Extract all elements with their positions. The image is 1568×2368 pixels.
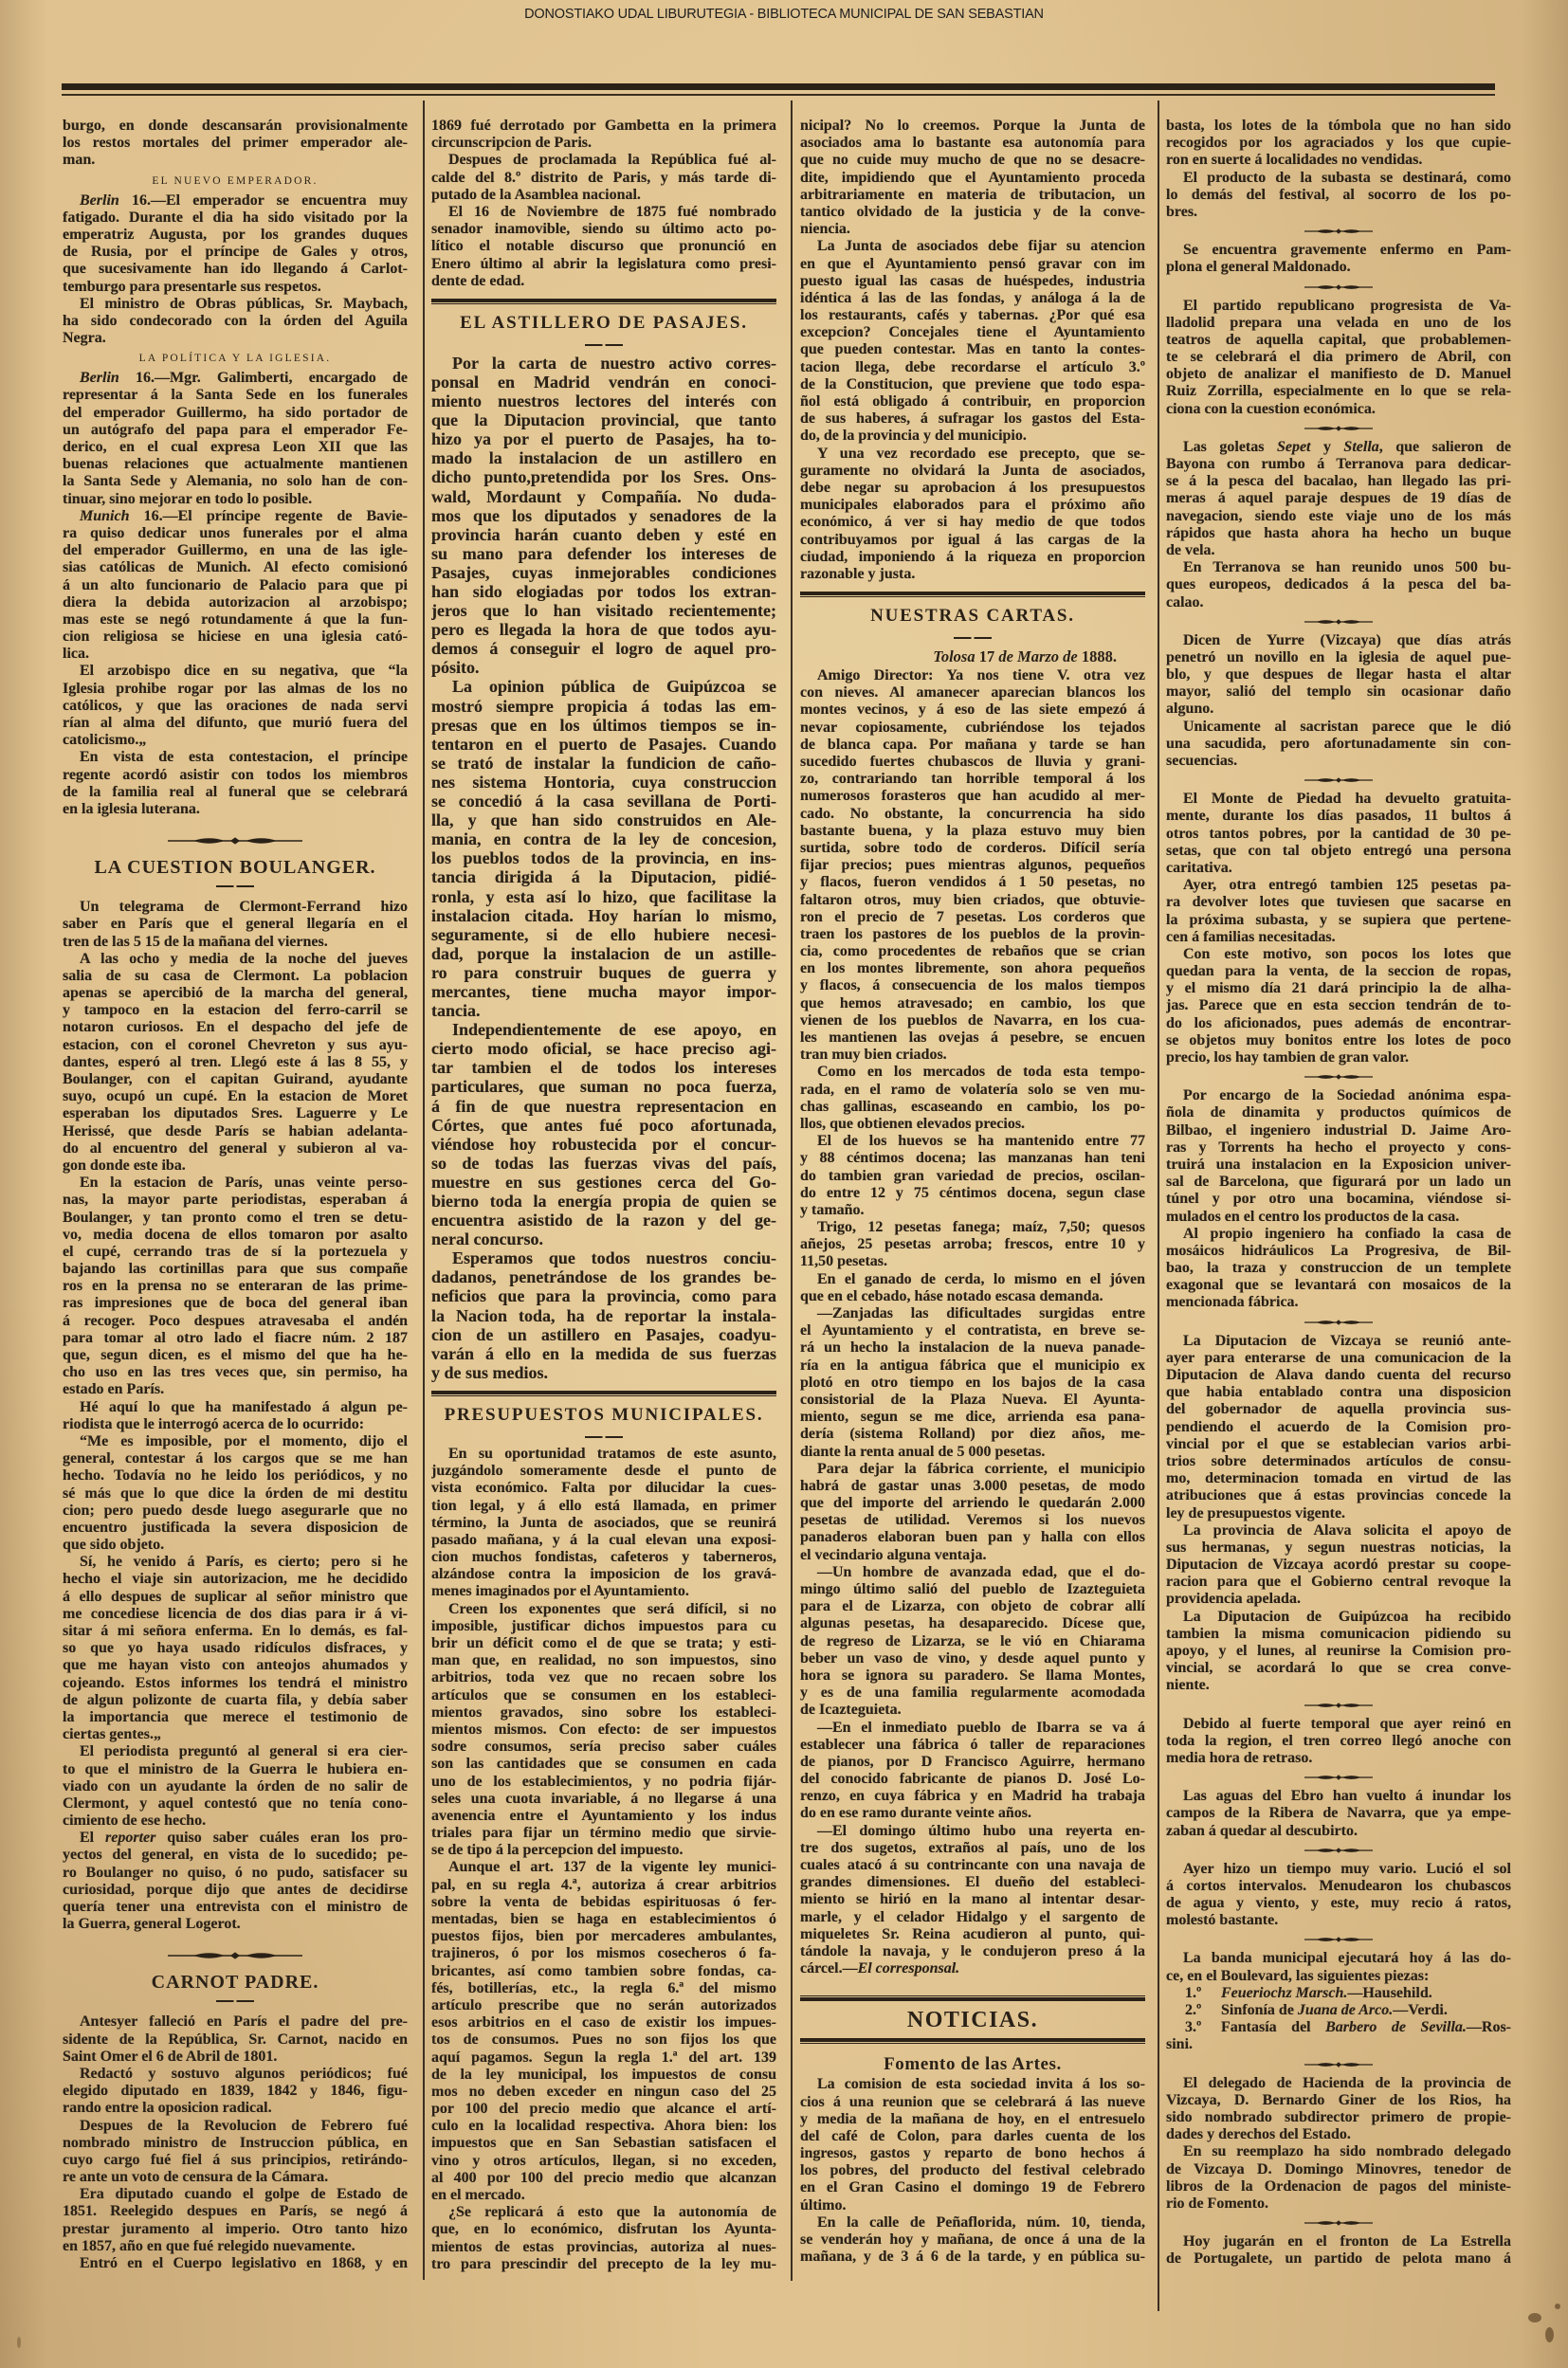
text-line: Córtes, que antes fué poco afortunada, [431, 1116, 776, 1135]
text-line: Ayer hizo un tiempo muy vario. Lució el … [1166, 1861, 1511, 1878]
newspaper-page: DONOSTIAKO UDAL LIBURUTEGIA - BIBLIOTECA… [0, 0, 1568, 2368]
text-line: miento se hirió en la mano al intentar d… [800, 1891, 1145, 1908]
subheading: Fomento de las Artes. [800, 2053, 1145, 2076]
text-line: neral concurso. [431, 1230, 776, 1248]
noticias-heading: NOTICIAS. [800, 2007, 1145, 2033]
text-line: man que, en realidad, no son impuestos, … [431, 1652, 776, 1669]
text-line: tinuar, sino mejorar en todo lo posible. [63, 491, 408, 508]
text-line: calao. [1166, 594, 1511, 611]
text-line: Debido al fuerte temporal que ayer reinó… [1166, 1716, 1511, 1733]
text-line: Amigo Director: Ya nos tiene V. otra vez [800, 667, 1145, 684]
text-line: arbitrariamente en materia de tributacio… [800, 187, 1145, 204]
text-line: dite, impidiendo que el Ayuntamiento pro… [800, 170, 1145, 187]
text-line: miento nuestros lectores del interés con [431, 392, 776, 410]
text-line: de blanca capa. Por mañana y tarde se ha… [800, 737, 1145, 754]
text-line: caritativa. [1166, 860, 1511, 877]
text-line: do, de la provincia y del municipio. [800, 428, 1145, 445]
text-line: do al encuentro del general y subieron a… [63, 1140, 408, 1157]
article-paragraph: Berlin 16.—El emperador se encuentra muy… [63, 192, 408, 296]
text-line: se concedió á la casa sevillana de Porti… [431, 792, 776, 811]
text-line: Iglesia prohibe rogar por las almas de l… [63, 681, 408, 698]
text-line: tion legal, y á ello está llamada, en pr… [431, 1498, 776, 1515]
text-line: Bayona con rumbo á Terranova para dedica… [1166, 456, 1511, 473]
article-paragraph: Debido al fuerte temporal que ayer reinó… [1166, 1716, 1511, 1768]
text-line: trios sobre determinados artículos de co… [1166, 1453, 1511, 1470]
text-line: fés, botillerías, etc., la regla 6.ª del… [431, 1980, 776, 1997]
text-line: pósito. [431, 658, 776, 677]
text-line: mosáicos hidráulicos La Progresiva, de B… [1166, 1243, 1511, 1260]
text-line: otros tantos pobres, por la cantidad de … [1166, 826, 1511, 843]
text-line: cios á una reunion que se celebrará á la… [800, 2094, 1145, 2111]
text-line: El periodista preguntó al general si era… [63, 1743, 408, 1760]
text-line: de Vizcaya D. Domingo Minovres, tenedor … [1166, 2161, 1511, 2178]
text-line: que habia entablado contra una disposici… [1166, 1384, 1511, 1401]
text-line: putado de la Asamblea nacional. [431, 187, 776, 204]
text-line: Diputacion de Alava dando cuenta del rec… [1166, 1367, 1511, 1384]
article-paragraph: El Monte de Piedad ha devuelto gratuita-… [1166, 791, 1511, 877]
text-line: que del importe del arriendo le quedarán… [800, 1495, 1145, 1512]
text-line: so de todas las fuerzas vivas del país, [431, 1154, 776, 1173]
text-line: ce, en el Boulevard, las siguientes piez… [1166, 1968, 1511, 1985]
text-line: Ruiz Zorrilla, especialmente en lo que s… [1166, 383, 1511, 400]
article-paragraph: El reporter quiso saber cuáles eran los … [63, 1830, 408, 1933]
text-line: mente, durante los días pasados, 11 bult… [1166, 808, 1511, 825]
text-line: cado. No obstante, la concurrencia ha si… [800, 806, 1145, 823]
text-line: zo, contrariando tan horrible temporal á… [800, 771, 1145, 788]
text-line: “Me es imposible, por el momento, dijo e… [63, 1433, 408, 1450]
article-paragraph: basta, los lotes de la tómbola que no ha… [1166, 118, 1511, 170]
article-paragraph: Dicen de Yurre (Vizcaya) que días atrásp… [1166, 632, 1511, 719]
text-line: sini. [1166, 2036, 1511, 2053]
article-paragraph: ¿Se replicará á esto que la autonomía de… [431, 2204, 776, 2273]
article-paragraph: Era diputado cuando el golpe de Estado d… [63, 2186, 408, 2255]
ornament-icon [1304, 1701, 1373, 1710]
text-line: ras y Torrents ha hecho el proyecto y co… [1166, 1139, 1511, 1157]
text-line: te se celebrará el dia primero de Abril,… [1166, 349, 1511, 366]
text-line: atribuciones que á estas provincias conc… [1166, 1487, 1511, 1504]
article-paragraph: Munich 16.—El príncipe regente de Bavie-… [63, 508, 408, 664]
text-line: sus hermanas, y segun nuestras noticias,… [1166, 1539, 1511, 1557]
text-line: asociados ama lo bastante esa autonomía … [800, 135, 1145, 152]
text-line: avenencia entre el Ayuntamiento y los in… [431, 1808, 776, 1825]
text-line: dades y derechos del Estado. [1166, 2126, 1511, 2143]
text-line: ronla, y esta así lo hizo, que facilitas… [431, 887, 776, 906]
text-line: Las aguas del Ebro han vuelto á inundar … [1166, 1788, 1511, 1805]
text-line: un autógrafo del papa para el emperador … [63, 422, 408, 439]
section-rule [431, 1391, 776, 1396]
text-line: término, la Junta de asociados, que se r… [431, 1515, 776, 1532]
text-line: quería tener una entrevista con el minis… [63, 1899, 408, 1916]
article-paragraph: Con este motivo, son pocos los lotes que… [1166, 946, 1511, 1066]
text-line: vino y otros artículos, llegan, si no ex… [431, 2153, 776, 2170]
column-3: nicipal? No lo creemos. Porque la Junta … [800, 118, 1145, 2266]
text-line: mingo último salió del pueblo de Izazteg… [800, 1581, 1145, 1598]
text-line: á recoger. Poco despues atravesaba el an… [63, 1313, 408, 1330]
text-line: quedan para la venta, de la seccion de r… [1166, 963, 1511, 980]
article-paragraph: Hé aquí lo que ha manifestado á algun pe… [63, 1399, 408, 1433]
text-line: económico, á ver si hay medio de que tod… [800, 514, 1145, 531]
section-header-block: CARNOT PADRE. [63, 1933, 408, 2013]
text-line: de vela. [1166, 542, 1511, 559]
text-line: de regreso de Lizarza, se le vió en Chia… [800, 1633, 1145, 1650]
text-line: me concediese licencia de dos dias para … [63, 1606, 408, 1623]
text-line: jas. Parece que en esta seccion tendrán … [1166, 997, 1511, 1014]
text-line: panaderos elaboran buen pan y halla con … [800, 1529, 1145, 1546]
text-line: cierto modo oficial, se hace preciso agi… [431, 1039, 776, 1058]
text-line: temburgo para presentarle sus respetos. [63, 279, 408, 296]
noticias-header-block: NOTICIAS. [800, 1977, 1145, 2053]
column-rule [1158, 100, 1159, 2311]
text-line: Boulanger, con el capitan Guirand, ayuda… [63, 1071, 408, 1088]
text-line: último. [800, 2197, 1145, 2214]
text-line: cojeando. Estos informes los tendrá el m… [63, 1675, 408, 1692]
text-line: Al propio ingeniero ha confiado la casa … [1166, 1226, 1511, 1243]
text-line: nombrado ministro de Instruccion pública… [63, 2135, 408, 2152]
article-paragraph: El arzobispo dice en su negativa, que “l… [63, 663, 408, 749]
ornament-divider [1166, 770, 1511, 791]
text-line: mos no deben exceder en ningun caso del … [431, 2084, 776, 2101]
text-line: triales para fijar un término medio que … [431, 1825, 776, 1842]
text-line: presas que en los últimos tiempos se in- [431, 716, 776, 735]
text-line: pasado mañana, y á la cual elevan una ex… [431, 1532, 776, 1549]
program-item: 2.ºSinfonía de Juana de Arco.—Verdi. [1166, 2002, 1511, 2019]
text-line: de la familia real al funeral que se cel… [63, 784, 408, 801]
text-line: cion religiosa se hiciese en una iglesia… [63, 628, 408, 646]
ornament-icon [1304, 2060, 1373, 2069]
text-line: Munich 16.—El príncipe regente de Bavie- [63, 508, 408, 525]
item-number: 2.º [1185, 2002, 1221, 2019]
text-line: se objetos muy bonitos entre los lotes d… [1166, 1032, 1511, 1049]
text-line: se trató de instalar la fundicion de cañ… [431, 754, 776, 773]
text-line: se de tipo á la percepcion del impuesto. [431, 1842, 776, 1859]
text-line: mostró siempre propicia á todas las em- [431, 697, 776, 716]
text-line: Las goletas Sepet y Stella, que salieron… [1166, 439, 1511, 456]
text-line: guramente no olvidará la Junta de asocia… [800, 463, 1145, 480]
text-line: numerosos forasteros que han acudido al … [800, 788, 1145, 805]
text-line: ingresos, gastos y reparto de bono hecho… [800, 2145, 1145, 2162]
article-paragraph: burgo, en donde descansarán provisionalm… [63, 118, 408, 170]
text-line: curiosidad, porque dijo que antes de dec… [63, 1882, 408, 1899]
text-line: vienen de los pueblos de Navarra, en los… [800, 1012, 1145, 1029]
article-paragraph: Despues de proclamada la República fué a… [431, 152, 776, 204]
text-line: imposible, justificar dichos impuestos p… [431, 1618, 776, 1635]
text-line: en el mercado. [431, 2187, 776, 2204]
text-line: tacion llega, debe recordarse el artícul… [800, 359, 1145, 376]
ornament-icon [1304, 2218, 1373, 2228]
article-paragraph: Berlin 16.—Mgr. Galimberti, encargado de… [63, 370, 408, 508]
paper-stain [1545, 2327, 1554, 2342]
text-line: alzándose contra la imposicion de los gr… [431, 1566, 776, 1583]
text-line: sucedido fuertes chubascos de lluvia y g… [800, 754, 1145, 771]
program-item: 3.ºFantasía del Barbero de Sevilla.—Ros- [1166, 2019, 1511, 2036]
ornament-divider [1166, 1695, 1511, 1716]
text-line: re ante un voto de censura de la Cámara. [63, 2169, 408, 2186]
text-line: Se encuentra gravemente enfermo en Pam- [1166, 242, 1511, 259]
text-line: penetró un novillo en la iglesia de aque… [1166, 649, 1511, 666]
text-line: cuales atacó á su contrincante con una n… [800, 1857, 1145, 1874]
text-line: mayor, salió del templo sin ocasionar da… [1166, 683, 1511, 701]
heading-rule [954, 637, 992, 639]
text-line: toda la region, el tren correo llegó ano… [1166, 1733, 1511, 1750]
text-line: do en ese ramo durante veinte años. [800, 1805, 1145, 1822]
text-line: sitar á mi señora enferma. En lo demás, … [63, 1623, 408, 1640]
text-line: artículos que se consumen en los estable… [431, 1687, 776, 1704]
text-line: El de los huevos se ha mantenido entre 7… [800, 1133, 1145, 1150]
text-line: culo en la localidad respectiva. Ahora b… [431, 2118, 776, 2135]
text-line: artículo prescribe que no serán autoriza… [431, 1997, 776, 2014]
column-rule [791, 100, 793, 2281]
text-line: A las ocho y media de la noche del jueve… [63, 951, 408, 968]
article-paragraph: Hoy jugarán en el fronton de La Estrella… [1166, 2233, 1511, 2268]
text-line: mercantes, tiene mucha mayor impor- [431, 982, 776, 1001]
text-line: impuestos que en San Sebastian satisface… [431, 2135, 776, 2152]
article-paragraph: En la estacion de París, unas veinte per… [63, 1175, 408, 1398]
text-line: El reporter quiso saber cuáles eran los … [63, 1830, 408, 1847]
ornament-icon [1304, 1072, 1373, 1082]
text-line: ros en la prensa no se enteraran de las … [63, 1278, 408, 1295]
text-line: lladolid prepara una velada en uno de lo… [1166, 315, 1511, 332]
column-4: basta, los lotes de la tómbola que no ha… [1166, 118, 1511, 2268]
text-line: á fin de que nuestra representacion en [431, 1097, 776, 1116]
text-line: que sido objeto. [63, 1537, 408, 1554]
item-number: 3.º [1185, 2019, 1221, 2036]
text-line: instalacion citada. Hoy harían lo mismo, [431, 906, 776, 925]
text-line: —El domingo último hubo una reyerta en- [800, 1823, 1145, 1840]
text-line: racion para que el Gobierno central revo… [1166, 1574, 1511, 1591]
text-line: Berlin 16.—Mgr. Galimberti, encargado de [63, 370, 408, 387]
text-line: secuencias. [1166, 753, 1511, 770]
section-heading: CARNOT PADRE. [63, 1970, 408, 1995]
text-line: aquí pagamos. Segun la regla 1.ª del art… [431, 2049, 776, 2067]
text-line: en 1857, año en que fué relegido nuevame… [63, 2238, 408, 2255]
text-line: vista económico. Falta por dilucidar la … [431, 1480, 776, 1497]
text-line: objeto de analizar el manifiesto de D. M… [1166, 366, 1511, 383]
text-line: 1851. Reelegido despues en París, se neg… [63, 2203, 408, 2220]
text-line: Pasajes, cuyas inmejorables condiciones [431, 563, 776, 582]
text-line: miqueletes Sr. Reina acudieron al punto,… [800, 1926, 1145, 1943]
text-line: ra devolver lotes que tuviesen que sacar… [1166, 894, 1511, 911]
text-line: llos, que obtienen elevados precios. [800, 1116, 1145, 1133]
article-paragraph: La Diputacion de Guipúzcoa ha recibidota… [1166, 1609, 1511, 1695]
text-line: sodre consumos, sería preciso saber cuál… [431, 1739, 776, 1756]
text-line: La banda municipal ejecutará hoy á las d… [1166, 1950, 1511, 1967]
text-line: mencionada fábrica. [1166, 1294, 1511, 1311]
text-line: y tamaño. [800, 1202, 1145, 1219]
ornament-icon [1304, 1935, 1373, 1944]
text-line: que sucesivamente han ido llegando á Car… [63, 261, 408, 278]
ornament-divider [1166, 418, 1511, 439]
text-line: tre dos sugetos, extraños al país, uno d… [800, 1840, 1145, 1857]
ornament-icon [1304, 227, 1373, 236]
dateline: Tolosa 17 de Marzo de 1888. [800, 647, 1145, 667]
text-line: —En el inmediato pueblo de Ibarra se va … [800, 1720, 1145, 1737]
section-rule [800, 2038, 1145, 2044]
ornament-icon [168, 835, 302, 847]
text-line: que la Diputacion provincial, que tanto [431, 410, 776, 429]
text-line: mas este se negó rotundamente á que la f… [63, 611, 408, 628]
article-paragraph: Amigo Director: Ya nos tiene V. otra vez… [800, 667, 1145, 1064]
text-line: basta, los lotes de la tómbola que no ha… [1166, 118, 1511, 135]
text-line: han sido elogiadas por todos los extran- [431, 582, 776, 601]
item-number: 1.º [1185, 1985, 1221, 2002]
ornament-icon [1304, 282, 1373, 292]
article-paragraph: Por encargo de la Sociedad anónima espa-… [1166, 1087, 1511, 1226]
text-line: burgo, en donde descansarán provisionalm… [63, 118, 408, 135]
text-line: de sus haberes, á sufragar los gastos de… [800, 410, 1145, 428]
text-line: rio de Fomento. [1166, 2195, 1511, 2213]
text-line: ciertas gentes.„ [63, 1726, 408, 1743]
text-line: En su reemplazo ha sido nombrado delegad… [1166, 2143, 1511, 2160]
text-line: tos de consumos. Pues no son fijos los q… [431, 2031, 776, 2049]
text-line: cho uso en las tres veces que, sin permi… [63, 1364, 408, 1381]
text-line: pendiendo el acuerdo de la Comision pro- [1166, 1419, 1511, 1436]
heading-rule [585, 1436, 623, 1438]
text-line: mientos de estas provincias, autoriza al… [431, 2239, 776, 2256]
text-line: Hoy jugarán en el fronton de La Estrella [1166, 2233, 1511, 2250]
section-heading: NUESTRAS CARTAS. [800, 604, 1145, 628]
text-line: regente acordó asistir con todos los mie… [63, 767, 408, 784]
heading-rule [216, 885, 254, 887]
article-paragraph: Un telegrama de Clermont-Ferrand hizosab… [63, 899, 408, 951]
text-line: de Icazteguieta. [800, 1702, 1145, 1719]
text-line: renzo, en cuya fábrica y en Madrid ha tr… [800, 1788, 1145, 1805]
paper-stain [17, 2337, 21, 2348]
text-line: el vecindario alguna ventaja. [800, 1547, 1145, 1564]
section-header-block: NUESTRAS CARTAS. [800, 583, 1145, 647]
text-line: estacion, con el coronel Chevreton y sus… [63, 1037, 408, 1054]
text-line: En vista de esta contestacion, el prínci… [63, 749, 408, 766]
text-line: mientos mismos. Con efecto: de ser impue… [431, 1721, 776, 1739]
text-line: puesto igual las casas de huéspedes, ind… [800, 273, 1145, 290]
text-line: algunas pesetas, ha desaparecido. Dícese… [800, 1615, 1145, 1632]
text-line: Aunque el art. 137 de la vigente ley mun… [431, 1859, 776, 1876]
text-line: lo demás del festival, al socorro de los… [1166, 187, 1511, 204]
text-line: nas, la mayor parte periodistas, esperab… [63, 1192, 408, 1209]
text-line: catolicismo.„ [63, 732, 408, 749]
article-paragraph: En su oportunidad tratamos de este asunt… [431, 1446, 776, 1601]
column-rule [423, 100, 425, 2280]
ornament-divider [1166, 277, 1511, 298]
text-line: chas gallinas, escaseando en cambio, los… [800, 1099, 1145, 1116]
text-line: la Guerra, general Logerot. [63, 1916, 408, 1933]
text-line: buenas relaciones que actualmente mantie… [63, 456, 408, 473]
text-line: 1869 fué derrotado por Gambetta en la pr… [431, 118, 776, 135]
text-line: navegacion, siendo este viaje uno de los… [1166, 508, 1511, 525]
subheading: LA POLÍTICA Y LA IGLESIA. [63, 347, 408, 370]
text-line: ques europeos, dedicados á la pesca del … [1166, 576, 1511, 593]
text-line: Clermont, y aquel contestó que no tenía … [63, 1795, 408, 1812]
text-line: La provincia de Alava solicita el apoyo … [1166, 1522, 1511, 1539]
text-line: do entre 12 y 75 céntimos docena, segun … [800, 1185, 1145, 1202]
text-line: cion muchos fondistas, cafeteros y taber… [431, 1549, 776, 1566]
text-line: yectos del general, en vista de lo suced… [63, 1847, 408, 1864]
text-line: dadanos, penetrándose de los grandes be- [431, 1267, 776, 1286]
text-line: ro Boulanger no quiso, ó no pudo, satisf… [63, 1865, 408, 1882]
text-line: —Zanjadas las dificultades surgidas entr… [800, 1305, 1145, 1322]
article-paragraph: La provincia de Alava solicita el apoyo … [1166, 1522, 1511, 1609]
subheading: EL NUEVO EMPERADOR. [63, 170, 408, 192]
text-line: La Diputacion de Vizcaya se reunió ante- [1166, 1333, 1511, 1350]
article-paragraph: —El domingo último hubo una reyerta en-t… [800, 1823, 1145, 1978]
text-line: teatros de aquella capital, que probable… [1166, 332, 1511, 349]
text-line: En la calle de Peñaflorida, núm. 10, tie… [800, 2214, 1145, 2231]
text-line: Hé aquí lo que ha manifestado á algun pe… [63, 1399, 408, 1416]
text-line: Esperamos que todos nuestros conciu- [431, 1248, 776, 1267]
text-line: mania, en contra de la ley de concesion, [431, 829, 776, 848]
ornament-icon [1304, 617, 1373, 627]
text-line: man. [63, 152, 408, 169]
text-line: mos que los diputados y senadores de la [431, 506, 776, 525]
text-line: representar á la Santa Sede en los funer… [63, 387, 408, 404]
text-line: Creen los exponentes que será difícil, s… [431, 1601, 776, 1618]
text-line: fatigado. Durante el dia ha sido visitad… [63, 209, 408, 227]
text-line: y 88 céntimos docena; las manzanas han t… [800, 1150, 1145, 1167]
ornament-icon [1304, 1846, 1373, 1855]
text-line: Unicamente al sacristan parece que le di… [1166, 719, 1511, 736]
text-line: apenas se apercibió de la marcha del gen… [63, 985, 408, 1002]
text-line: de algun polizonte de cuarta fila, y deb… [63, 1692, 408, 1709]
heading-rule [585, 344, 623, 346]
text-line: nevar copiosamente, cubriéndose los teja… [800, 720, 1145, 737]
text-line: so que yo haya usado ridículos disfraces… [63, 1640, 408, 1657]
text-line: vincial, se acordará lo que se crea conv… [1166, 1660, 1511, 1677]
text-line: el Ayuntamiento y el contratista, en bre… [800, 1322, 1145, 1339]
text-line: ñola de dinamita y productos químicos de [1166, 1104, 1511, 1121]
text-line: bao, la traza y construccion de un templ… [1166, 1260, 1511, 1277]
ornament-icon [1304, 1773, 1373, 1782]
ornament-divider [1166, 1840, 1511, 1861]
text-line: hecho. Todavía no he leido los periódico… [63, 1467, 408, 1485]
text-line: de Portugalete, un partido de pelota man… [1166, 2250, 1511, 2268]
text-line: suyo, ocupó un cupé. En la estacion de M… [63, 1088, 408, 1105]
text-line: senador inamovible, siendo su último act… [431, 221, 776, 238]
text-line: católicos, y que las oraciones de nada s… [63, 698, 408, 715]
article-paragraph: Trigo, 12 pesetas fanega; maíz, 7,50; qu… [800, 1219, 1145, 1271]
text-line: lítico el notable discurso que pronunció… [431, 238, 776, 255]
text-line: Un telegrama de Clermont-Ferrand hizo [63, 899, 408, 916]
text-line: 11,50 pesetas. [800, 1253, 1145, 1270]
text-line: á un alto funcionario de Palacio para qu… [63, 577, 408, 594]
text-line: y flacos, fueron vendidos á 1 50 pesetas… [800, 874, 1145, 891]
text-line: marle, y el celador Hidalgo y el sargent… [800, 1909, 1145, 1926]
text-line: surtida, sobre todo de corderos. Difícil… [800, 840, 1145, 857]
text-line: bricantes, así como tambien sobre fondas… [431, 1963, 776, 1980]
text-line: cen á familias necesitadas. [1166, 929, 1511, 946]
text-line: túnel y por otro una bocamina, viéndose … [1166, 1191, 1511, 1208]
text-line: que no cuide muy mucho de que no se desa… [800, 152, 1145, 169]
text-line: faltaron otros, muy bien criados, que ob… [800, 892, 1145, 909]
text-line: mado la instalacion de un astillero en [431, 448, 776, 467]
article-paragraph: Por la carta de nuestro activo corres-po… [431, 354, 776, 678]
text-line: en que el Ayuntamiento pensó gravar con … [800, 256, 1145, 273]
text-line: prestar juramento al imperio. Otro tanto… [63, 2221, 408, 2238]
article-paragraph: 1869 fué derrotado por Gambetta en la pr… [431, 118, 776, 152]
text-line: rada, en el ramo de volatería solo se ve… [800, 1082, 1145, 1099]
text-line: arbitrios, toda vez que no recaen sobre … [431, 1669, 776, 1686]
ornament-divider [1166, 1929, 1511, 1950]
text-line: pero es llegada la hora de que todos ayu… [431, 620, 776, 639]
text-line: elegido diputado en 1839, 1842 y 1846, f… [63, 2083, 408, 2100]
text-line: les mantienen las ovejas á pesebre, se e… [800, 1029, 1145, 1047]
text-line: saber en París que el general llegaría e… [63, 916, 408, 933]
paper-stain [1528, 2313, 1541, 2322]
text-line: exagonal que se levantará con mosaicos d… [1166, 1277, 1511, 1294]
article-paragraph: A las ocho y media de la noche del jueve… [63, 951, 408, 1175]
text-line: traen los pastores de los pueblos de la … [800, 926, 1145, 943]
text-line: del emperador Guillermo, en una de las i… [63, 542, 408, 559]
text-line: sido nombrado subdirector primero de pro… [1166, 2109, 1511, 2126]
article-paragraph: Y una vez recordado ese precepto, que se… [800, 446, 1145, 584]
